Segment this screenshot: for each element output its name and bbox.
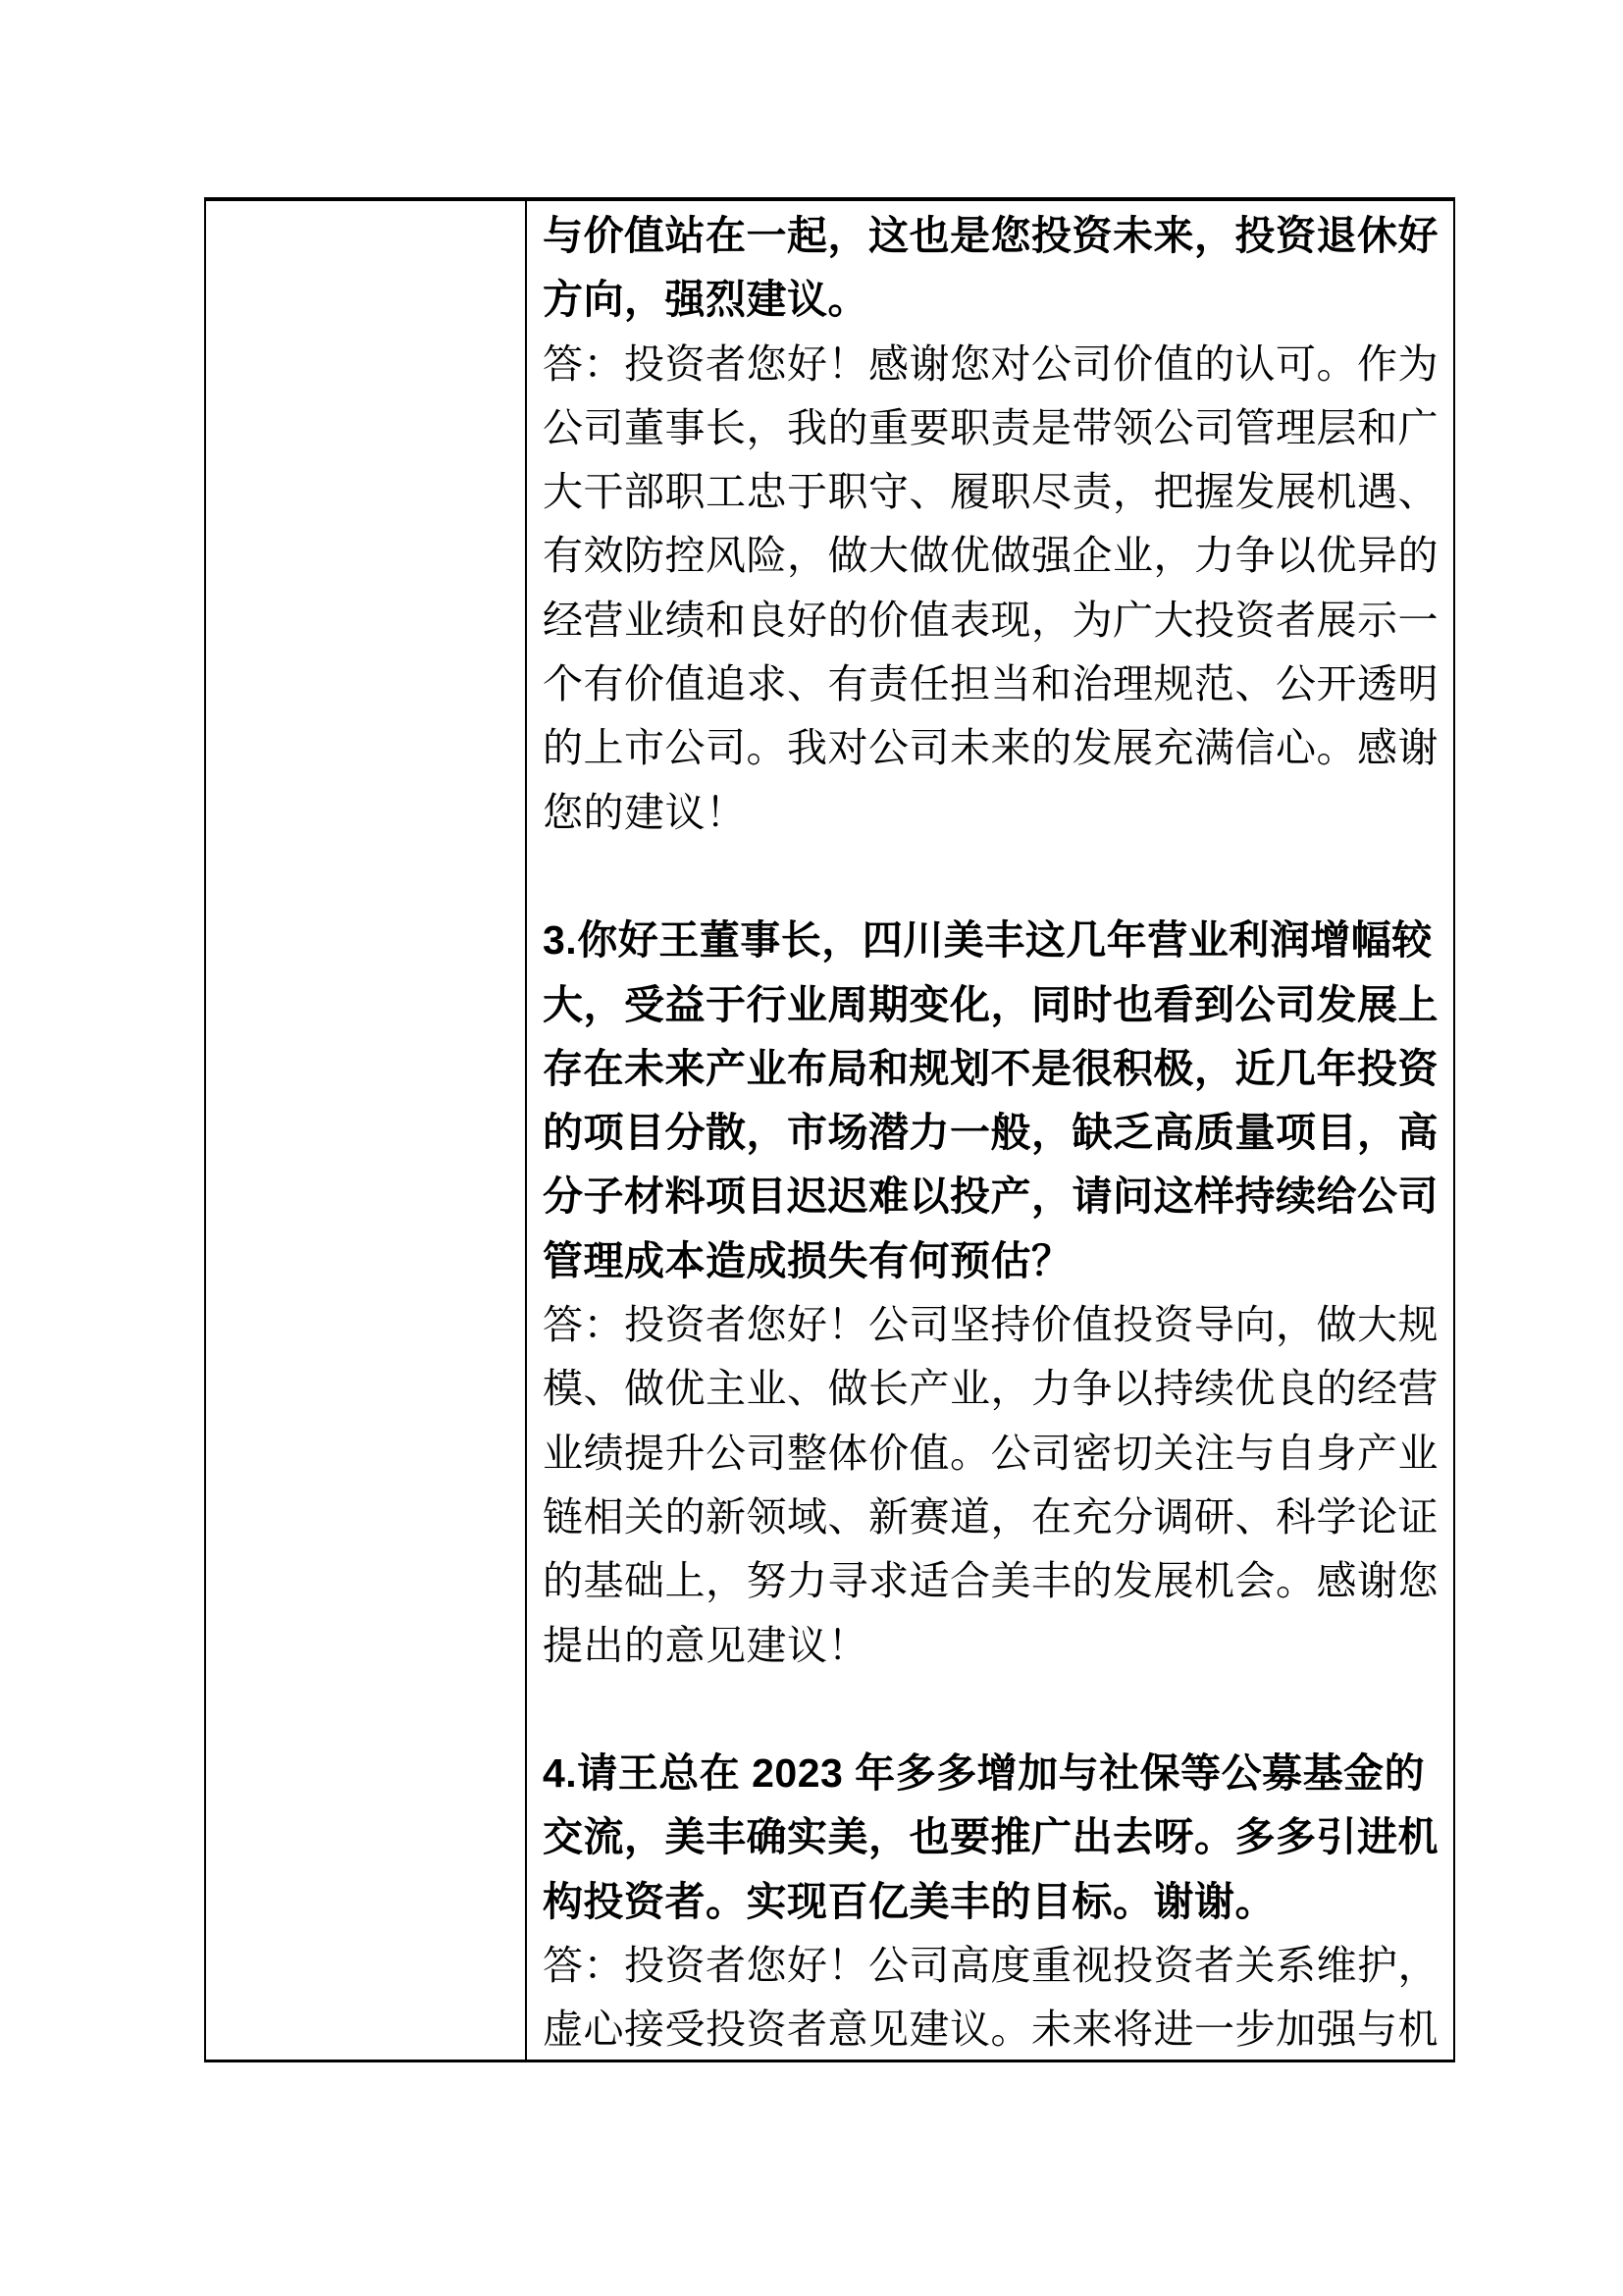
text-line-answer: 的上市公司。我对公司未来的发展充满信心。感谢 (543, 716, 1443, 780)
text-line-answer: 链相关的新领域、新赛道，在充分调研、科学论证 (543, 1486, 1443, 1549)
blank-line (543, 1678, 1443, 1742)
table-right-cell: 与价值站在一起，这也是您投资未来，投资退休好方向，强烈建议。答：投资者您好！感谢… (527, 201, 1453, 2060)
text-line-question: 存在未来产业布局和规划不是很积极，近几年投资 (543, 1037, 1443, 1101)
text-line-answer: 模、做优主业、做长产业，力争以持续优良的经营 (543, 1357, 1443, 1421)
text-line-answer: 的基础上，努力寻求适合美丰的发展机会。感谢您 (543, 1549, 1443, 1613)
text-line-question: 大，受益于行业周期变化，同时也看到公司发展上 (543, 973, 1443, 1037)
text-line-answer: 有效防控风险，做大做优做强企业，力争以优异的 (543, 524, 1443, 588)
text-line-answer: 个有价值追求、有责任担当和治理规范、公开透明 (543, 652, 1443, 716)
text-line-answer: 公司董事长，我的重要职责是带领公司管理层和广 (543, 396, 1443, 460)
text-line-answer: 提出的意见建议！ (543, 1614, 1443, 1678)
text-line-question: 管理成本造成损失有何预估？ (543, 1229, 1443, 1293)
text-line-question: 构投资者。实现百亿美丰的目标。谢谢。 (543, 1870, 1443, 1934)
text-line-question: 3.你好王董事长，四川美丰这几年营业利润增幅较 (543, 909, 1443, 972)
text-line-question: 交流，美丰确实美，也要推广出去呀。多多引进机 (543, 1805, 1443, 1869)
table-left-cell (206, 201, 527, 2060)
blank-line (543, 845, 1443, 909)
text-line-question: 的项目分散，市场潜力一般，缺乏高质量项目，高 (543, 1101, 1443, 1165)
text-line-answer: 答：投资者您好！公司坚持价值投资导向，做大规 (543, 1293, 1443, 1357)
text-line-answer: 经营业绩和良好的价值表现，为广大投资者展示一 (543, 589, 1443, 652)
text-line-question: 4.请王总在 2023 年多多增加与社保等公募基金的 (543, 1742, 1443, 1805)
text-line-question: 分子材料项目迟迟难以投产，请问这样持续给公司 (543, 1165, 1443, 1228)
text-line-answer: 您的建议！ (543, 781, 1443, 845)
document-page: 与价值站在一起，这也是您投资未来，投资退休好方向，强烈建议。答：投资者您好！感谢… (0, 0, 1623, 2296)
qa-table: 与价值站在一起，这也是您投资未来，投资退休好方向，强烈建议。答：投资者您好！感谢… (204, 197, 1455, 2062)
text-line-answer: 大干部职工忠于职守、履职尽责，把握发展机遇、 (543, 460, 1443, 524)
text-line-answer: 答：投资者您好！公司高度重视投资者关系维护， (543, 1934, 1443, 1998)
text-line-question: 方向，强烈建议。 (543, 268, 1443, 332)
text-line-question: 与价值站在一起，这也是您投资未来，投资退休好 (543, 204, 1443, 268)
text-line-answer: 虚心接受投资者意见建议。未来将进一步加强与机 (543, 1998, 1443, 2060)
text-line-answer: 答：投资者您好！感谢您对公司价值的认可。作为 (543, 333, 1443, 396)
text-line-answer: 业绩提升公司整体价值。公司密切关注与自身产业 (543, 1422, 1443, 1486)
